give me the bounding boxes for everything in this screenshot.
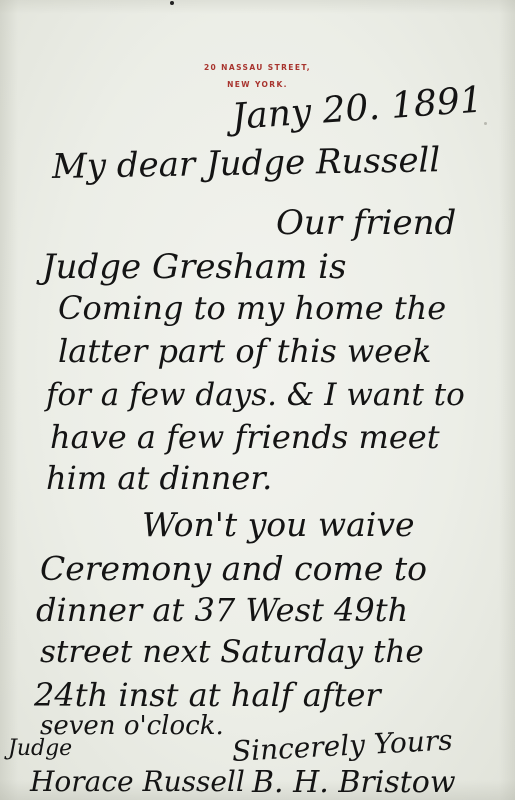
letter-date: Jany 20. 1891 — [231, 83, 484, 136]
addressee-name: Horace Russell — [30, 768, 245, 796]
body-line-4: latter part of this week — [58, 335, 432, 367]
ink-speck — [170, 1, 174, 5]
body-line-11: street next Saturday the — [40, 637, 424, 668]
body-line-7: him at dinner. — [46, 462, 272, 494]
letter-salutation: My dear Judge Russell — [52, 143, 441, 184]
signature: B. H. Bristow — [252, 768, 456, 798]
addressee-title: Judge — [8, 738, 72, 760]
body-line-9: Ceremony and come to — [40, 552, 427, 585]
body-line-10: dinner at 37 West 49th — [36, 594, 408, 626]
letter-page: 20 NASSAU STREET, NEW YORK. Jany 20. 189… — [0, 0, 515, 800]
body-line-2: Judge Gresham is — [42, 250, 347, 284]
body-line-1: Our friend — [276, 206, 456, 240]
body-line-6: have a few friends meet — [50, 421, 440, 453]
body-line-12: 24th inst at half after — [34, 679, 381, 711]
body-line-8: Won't you waive — [142, 508, 415, 541]
letter-closing: Sincerely Yours — [231, 726, 453, 766]
body-line-5: for a few days. & I want to — [46, 380, 465, 411]
body-line-3: Coming to my home the — [58, 292, 446, 324]
letterhead-street: 20 NASSAU STREET, — [0, 63, 515, 72]
paper-speck — [484, 122, 487, 125]
